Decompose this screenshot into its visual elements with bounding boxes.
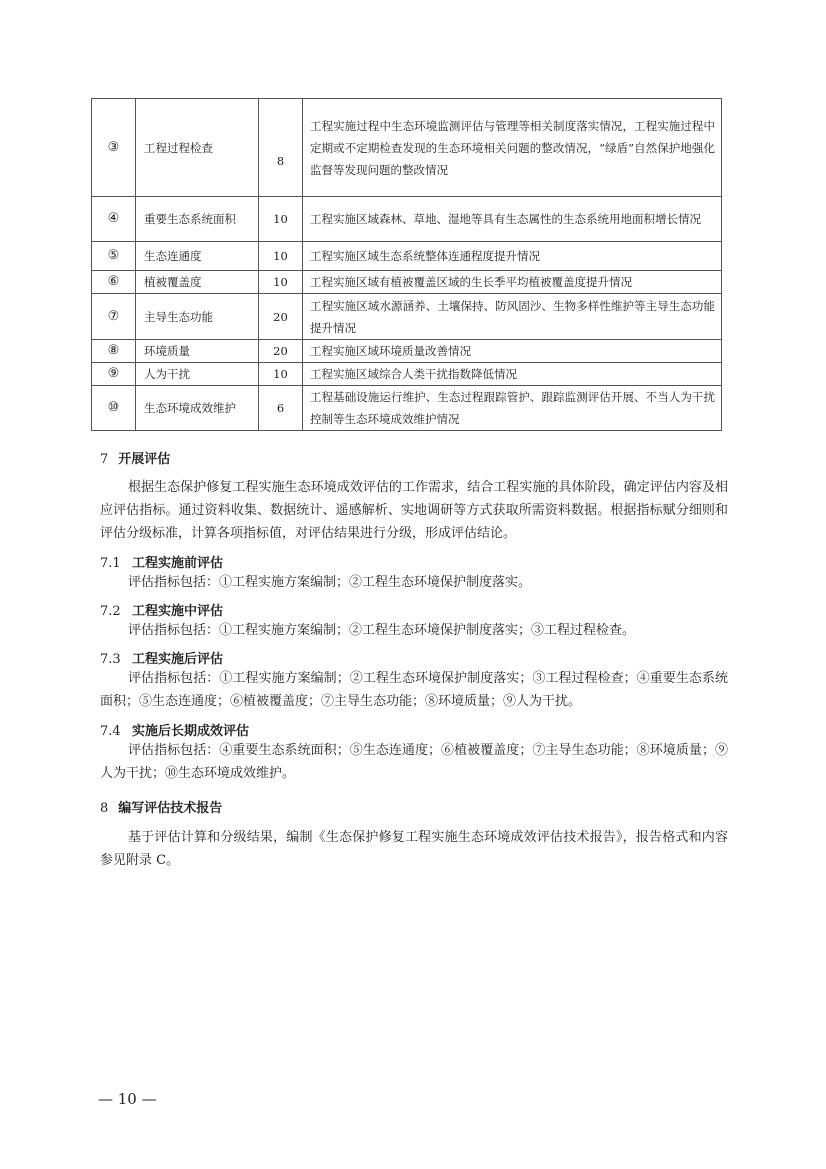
section-8-heading: 8编写评估技术报告 [100, 797, 222, 816]
row-number: ⑩ [92, 386, 136, 431]
subsection-title: 实施后长期成效评估 [132, 724, 249, 739]
indicator-name: 环境质量 [136, 340, 259, 363]
indicator-score: 20 [259, 340, 303, 363]
table-row: ⑥ 植被覆盖度 10 工程实施区域有植被覆盖区域的生长季平均植被覆盖度提升情况 [92, 271, 722, 294]
table-row: ⑩ 生态环境成效维护 6 工程基础设施运行维护、生态过程跟踪管护、跟踪监测评估开… [92, 386, 722, 431]
table-row: ③ 工程过程检查 8 工程实施过程中生态环境监测评估与管理等相关制度落实情况，工… [92, 99, 722, 197]
row-number: ⑤ [92, 242, 136, 271]
indicator-description: 工程实施区域有植被覆盖区域的生长季平均植被覆盖度提升情况 [303, 271, 722, 294]
document-page: ③ 工程过程检查 8 工程实施过程中生态环境监测评估与管理等相关制度落实情况，工… [0, 0, 826, 1169]
section-title: 开展评估 [118, 452, 170, 467]
subsection-7-1-heading: 7.1工程实施前评估 [100, 552, 223, 571]
indicator-score: 20 [259, 294, 303, 340]
subsection-7-3-heading: 7.3工程实施后评估 [100, 648, 223, 667]
indicator-name: 主导生态功能 [136, 294, 259, 340]
section-number: 7 [100, 452, 108, 467]
section-title: 编写评估技术报告 [118, 801, 222, 816]
section-8-body: 基于评估计算和分级结果，编制《生态保护修复工程实施生态环境成效评估技术报告》，报… [100, 826, 728, 872]
indicator-score: 6 [259, 386, 303, 431]
table-row: ④ 重要生态系统面积 10 工程实施区域森林、草地、湿地等具有生态属性的生态系统… [92, 197, 722, 242]
indicator-score: 10 [259, 242, 303, 271]
table-row: ⑨ 人为干扰 10 工程实施区域综合人类干扰指数降低情况 [92, 363, 722, 386]
indicator-description: 工程实施过程中生态环境监测评估与管理等相关制度落实情况，工程实施过程中定期或不定… [303, 99, 722, 197]
section-number: 8 [100, 801, 108, 816]
subsection-number: 7.1 [100, 556, 132, 571]
subsection-title: 工程实施前评估 [132, 556, 223, 571]
indicator-description: 工程实施区域森林、草地、湿地等具有生态属性的生态系统用地面积增长情况 [303, 197, 722, 242]
row-number: ④ [92, 197, 136, 242]
table-row: ⑧ 环境质量 20 工程实施区域环境质量改善情况 [92, 340, 722, 363]
subsection-title: 工程实施中评估 [132, 604, 223, 619]
section-7-body: 根据生态保护修复工程实施生态环境成效评估的工作需求，结合工程实施的具体阶段，确定… [100, 476, 728, 545]
row-number: ⑦ [92, 294, 136, 340]
indicator-name: 工程过程检查 [136, 99, 259, 197]
indicator-description: 工程实施区域水源涵养、土壤保持、防风固沙、生物多样性维护等主导生态功能提升情况 [303, 294, 722, 340]
indicator-score: 10 [259, 363, 303, 386]
indicator-score: 10 [259, 197, 303, 242]
table-row: ⑤ 生态连通度 10 工程实施区域生态系统整体连通程度提升情况 [92, 242, 722, 271]
subsection-7-2-body: 评估指标包括：①工程实施方案编制；②工程生态环境保护制度落实；③工程过程检查。 [100, 619, 728, 642]
subsection-7-4-heading: 7.4实施后长期成效评估 [100, 720, 249, 739]
table-row: ⑦ 主导生态功能 20 工程实施区域水源涵养、土壤保持、防风固沙、生物多样性维护… [92, 294, 722, 340]
row-number: ⑥ [92, 271, 136, 294]
indicator-name: 人为干扰 [136, 363, 259, 386]
indicator-name: 重要生态系统面积 [136, 197, 259, 242]
subsection-number: 7.3 [100, 652, 132, 667]
indicator-name: 生态连通度 [136, 242, 259, 271]
section-7-heading: 7开展评估 [100, 448, 170, 467]
indicator-name: 生态环境成效维护 [136, 386, 259, 431]
subsection-7-2-heading: 7.2工程实施中评估 [100, 600, 223, 619]
indicator-score: 10 [259, 271, 303, 294]
indicator-name: 植被覆盖度 [136, 271, 259, 294]
indicator-description: 工程实施区域环境质量改善情况 [303, 340, 722, 363]
subsection-7-1-body: 评估指标包括：①工程实施方案编制；②工程生态环境保护制度落实。 [100, 571, 728, 594]
indicator-description: 工程实施区域综合人类干扰指数降低情况 [303, 363, 722, 386]
subsection-number: 7.4 [100, 724, 132, 739]
indicator-description: 工程基础设施运行维护、生态过程跟踪管护、跟踪监测评估开展、不当人为干扰控制等生态… [303, 386, 722, 431]
indicator-table: ③ 工程过程检查 8 工程实施过程中生态环境监测评估与管理等相关制度落实情况，工… [91, 98, 722, 431]
subsection-7-3-body: 评估指标包括：①工程实施方案编制；②工程生态环境保护制度落实；③工程过程检查；④… [100, 667, 728, 713]
indicator-score: 8 [259, 99, 303, 197]
subsection-number: 7.2 [100, 604, 132, 619]
row-number: ⑧ [92, 340, 136, 363]
row-number: ⑨ [92, 363, 136, 386]
page-number: — 10 — [98, 1090, 157, 1108]
subsection-7-4-body: 评估指标包括：④重要生态系统面积；⑤生态连通度；⑥植被覆盖度；⑦主导生态功能；⑧… [100, 739, 728, 785]
row-number: ③ [92, 99, 136, 197]
indicator-description: 工程实施区域生态系统整体连通程度提升情况 [303, 242, 722, 271]
subsection-title: 工程实施后评估 [132, 652, 223, 667]
